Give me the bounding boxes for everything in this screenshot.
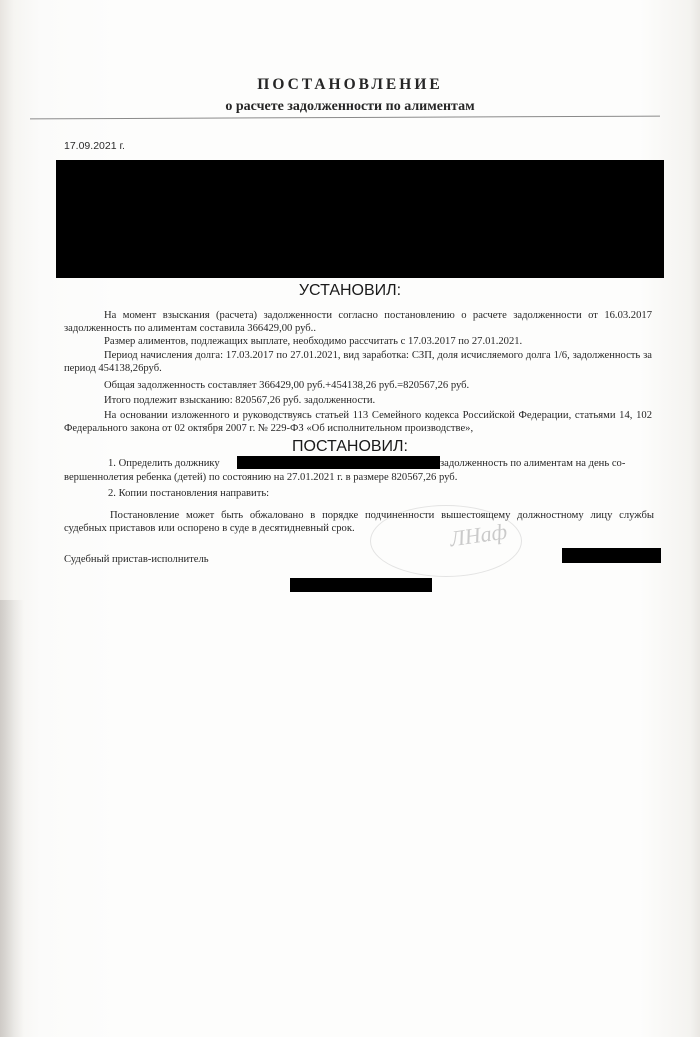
- resolved-heading: ПОСТАНОВИЛ:: [0, 438, 700, 456]
- established-paragraph-2: Размер алиментов, подлежащих выплате, не…: [104, 336, 664, 349]
- resolved-item-1-line-2: вершеннолетия ребенка (детей) по состоян…: [64, 472, 654, 485]
- resolved-item-1-prefix: 1. Определить должнику: [108, 458, 220, 471]
- document-subtitle: о расчете задолженности по алиментам: [0, 99, 700, 115]
- signature: ЛНаф: [448, 514, 545, 586]
- established-paragraph-4: Общая задолженность составляет 366429,00…: [104, 380, 664, 393]
- established-heading: УСТАНОВИЛ:: [0, 282, 700, 300]
- document-title: ПОСТАНОВЛЕНИЕ: [0, 76, 700, 94]
- redacted-signatory-name: [562, 548, 661, 563]
- established-paragraph-1: На момент взыскания (расчета) задолженно…: [64, 310, 652, 335]
- redacted-header-block: [56, 160, 664, 278]
- redacted-debtor-name: [237, 456, 440, 469]
- appeal-notice: Постановление может быть обжаловано в по…: [64, 510, 654, 535]
- established-paragraph-3: Период начисления долга: 17.03.2017 по 2…: [64, 350, 652, 375]
- established-paragraph-5: Итого подлежит взысканию: 820567,26 руб.…: [104, 395, 664, 408]
- signatory-role: Судебный пристав-исполнитель: [64, 554, 209, 567]
- document-date: 17.09.2021 г.: [64, 140, 125, 152]
- established-paragraph-6: На основании изложенного и руководствуяс…: [64, 410, 652, 435]
- resolved-item-1-suffix: задолженность по алиментам на день со-: [440, 458, 625, 471]
- page-shadow: [0, 600, 24, 1037]
- resolved-item-2: 2. Копии постановления направить:: [108, 488, 269, 501]
- redacted-footer-block: [290, 578, 432, 592]
